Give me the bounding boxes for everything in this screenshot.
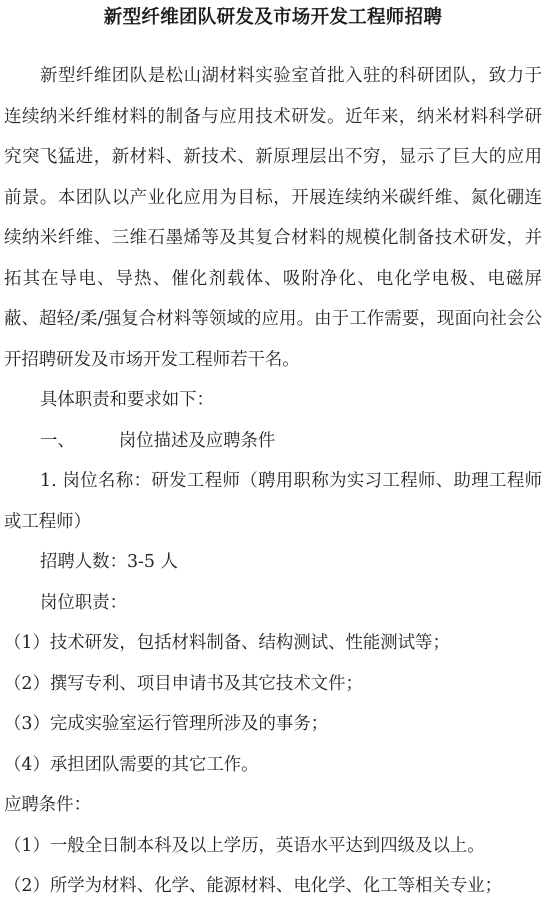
position-name: 1. 岗位名称：研发工程师（聘用职称为实习工程师、助理工程师或工程师） bbox=[4, 461, 542, 542]
headcount: 招聘人数：3-5 人 bbox=[4, 542, 542, 583]
duty-item: （3）完成实验室运行管理所涉及的事务； bbox=[4, 704, 542, 745]
section-number: 一、 bbox=[40, 431, 75, 451]
document-page: 新型纤维团队研发及市场开发工程师招聘 新型纤维团队是松山湖材料实验室首批入驻的科… bbox=[0, 0, 546, 900]
intro-paragraph: 新型纤维团队是松山湖材料实验室首批入驻的科研团队，致力于连续纳米纤维材料的制备与… bbox=[4, 56, 542, 380]
document-title: 新型纤维团队研发及市场开发工程师招聘 bbox=[0, 4, 546, 32]
section-heading: 一、岗位描述及应聘条件 bbox=[4, 421, 542, 462]
duty-item: （1）技术研发，包括材料制备、结构测试、性能测试等； bbox=[4, 623, 542, 664]
section-title: 岗位描述及应聘条件 bbox=[119, 431, 276, 451]
requirement-item: （2）所学为材料、化学、能源材料、电化学、化工等相关专业； bbox=[4, 866, 542, 900]
duty-item: （2）撰写专利、项目申请书及其它技术文件； bbox=[4, 664, 542, 705]
requirements-label: 应聘条件： bbox=[4, 785, 542, 826]
duties-label: 岗位职责： bbox=[4, 583, 542, 624]
document-body: 新型纤维团队是松山湖材料实验室首批入驻的科研团队，致力于连续纳米纤维材料的制备与… bbox=[4, 56, 542, 900]
duty-item: （4）承担团队需要的其它工作。 bbox=[4, 745, 542, 786]
requirements-intro: 具体职责和要求如下： bbox=[4, 380, 542, 421]
requirement-item: （1）一般全日制本科及以上学历，英语水平达到四级及以上。 bbox=[4, 826, 542, 867]
